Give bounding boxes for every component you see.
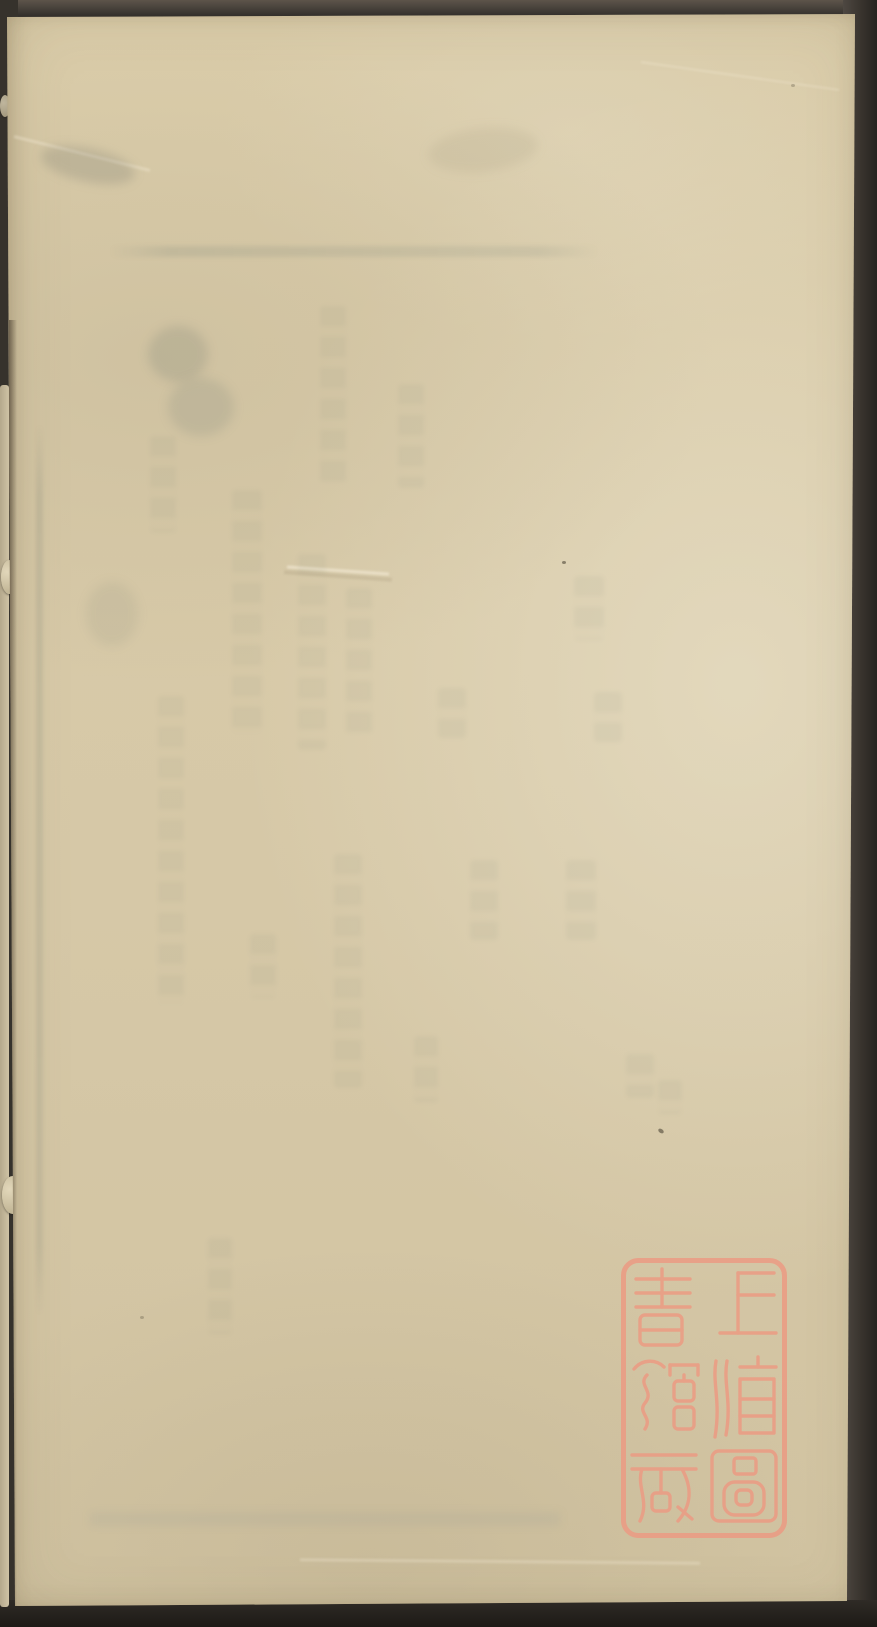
- seal-glyph-cang: [632, 1455, 696, 1521]
- book-scan: 上 海 圖 書 館 藏: [0, 0, 877, 1627]
- ink-smudge: [148, 326, 208, 382]
- bleedthrough-column: [574, 576, 604, 640]
- seal-glyph-tu: [712, 1451, 776, 1521]
- bleedthrough-column: [626, 1054, 654, 1098]
- bleedthrough-vertical-rule: [36, 424, 43, 1316]
- paper-discoloration: [90, 1512, 560, 1526]
- bleedthrough-column: [566, 860, 596, 940]
- bleedthrough-column: [320, 306, 346, 484]
- bleedthrough-horizontal-rule: [110, 246, 598, 257]
- bleedthrough-column: [438, 688, 466, 738]
- bleedthrough-column: [470, 860, 498, 940]
- speck: [562, 561, 566, 564]
- speck: [140, 1316, 144, 1319]
- bleedthrough-column: [232, 490, 262, 734]
- bleedthrough-column: [658, 1080, 682, 1114]
- bleedthrough-column: [414, 1036, 438, 1102]
- seal-glyph-hai: [715, 1357, 776, 1437]
- ink-smudge: [168, 378, 234, 436]
- bleedthrough-column: [208, 1238, 232, 1334]
- seal-glyph-shu: [636, 1269, 690, 1345]
- bleedthrough-column: [150, 436, 176, 532]
- bleedthrough-column: [158, 696, 184, 1006]
- bleedthrough-column: [346, 588, 372, 734]
- seal-glyphs: [620, 1257, 788, 1539]
- bleedthrough-column: [250, 934, 276, 998]
- ink-smudge: [86, 582, 138, 646]
- blank-page: 上 海 圖 書 館 藏: [0, 0, 877, 1627]
- library-collection-seal: 上 海 圖 書 館 藏: [620, 1257, 788, 1539]
- seal-glyph-guan: [634, 1361, 698, 1429]
- seal-glyph-shang: [720, 1273, 776, 1333]
- bleedthrough-column: [398, 384, 424, 488]
- bleedthrough-column: [594, 692, 622, 742]
- bleedthrough-column: [298, 554, 326, 750]
- bleedthrough-column: [334, 854, 362, 1088]
- speck: [791, 84, 795, 87]
